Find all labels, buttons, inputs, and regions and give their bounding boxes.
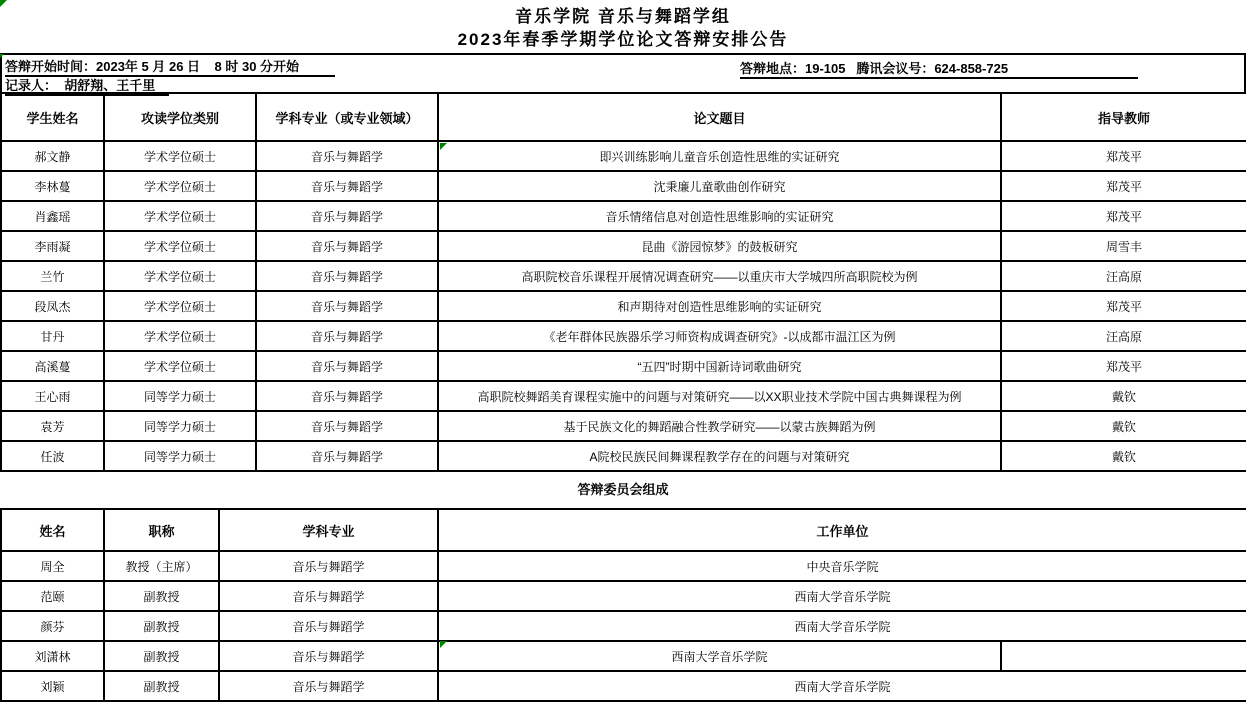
table-cell-title[interactable]: 副教授 <box>104 611 219 641</box>
cell-error-indicator-icon <box>440 641 447 648</box>
table-cell-title[interactable]: 副教授 <box>104 641 219 671</box>
table-cell-name[interactable]: 任波 <box>1 441 104 471</box>
table-cell-title[interactable]: 副教授 <box>104 581 219 611</box>
committee-table-header-row: 姓名 职称 学科专业 工作单位 <box>1 509 1246 551</box>
table-row: 范颐副教授音乐与舞蹈学西南大学音乐学院 <box>1 581 1246 611</box>
col-header-member-major[interactable]: 学科专业 <box>219 509 438 551</box>
table-cell-thesis-title[interactable]: 基于民族文化的舞蹈融合性教学研究——以蒙古族舞蹈为例 <box>438 411 1001 441</box>
table-cell-name[interactable]: 兰竹 <box>1 261 104 291</box>
col-header-work-unit[interactable]: 工作单位 <box>438 509 1246 551</box>
col-header-member-name[interactable]: 姓名 <box>1 509 104 551</box>
table-cell-degree-type[interactable]: 学术学位硕士 <box>104 261 256 291</box>
table-cell-work-unit[interactable]: 中央音乐学院 <box>438 551 1246 581</box>
table-row: 刘颖副教授音乐与舞蹈学西南大学音乐学院 <box>1 671 1246 701</box>
table-cell-degree-type[interactable]: 同等学力硕士 <box>104 441 256 471</box>
table-cell-thesis-title[interactable]: 沈秉廉儿童歌曲创作研究 <box>438 171 1001 201</box>
table-cell-advisor[interactable]: 郑茂平 <box>1001 141 1246 171</box>
table-cell-thesis-title[interactable]: 音乐情绪信息对创造性思维影响的实证研究 <box>438 201 1001 231</box>
table-row: 袁芳同等学力硕士音乐与舞蹈学基于民族文化的舞蹈融合性教学研究——以蒙古族舞蹈为例… <box>1 411 1246 441</box>
table-cell-work-unit[interactable]: 西南大学音乐学院 <box>438 581 1246 611</box>
defense-info-bar: 答辩开始时间：2023年 5 月 26 日 8 时 30 分开始 记录人： 胡舒… <box>0 53 1246 92</box>
table-cell-work-unit[interactable]: 西南大学音乐学院 <box>438 671 1246 701</box>
table-cell-thesis-title[interactable]: 和声期待对创造性思维影响的实证研究 <box>438 291 1001 321</box>
table-row: 任波同等学力硕士音乐与舞蹈学A院校民族民间舞课程教学存在的问题与对策研究戴钦 <box>1 441 1246 471</box>
table-cell-major[interactable]: 音乐与舞蹈学 <box>219 551 438 581</box>
table-row: 高溪蔓学术学位硕士音乐与舞蹈学“五四”时期中国新诗词歌曲研究郑茂平 <box>1 351 1246 381</box>
defense-location[interactable]: 答辩地点：19-105 腾讯会议号：624-858-725 <box>740 58 1138 79</box>
table-row: 李林蔓学术学位硕士音乐与舞蹈学沈秉廉儿童歌曲创作研究郑茂平 <box>1 171 1246 201</box>
table-cell-major[interactable]: 音乐与舞蹈学 <box>256 171 438 201</box>
table-row: 颜芬副教授音乐与舞蹈学西南大学音乐学院 <box>1 611 1246 641</box>
doc-title-line2: 2023年春季学期学位论文答辩安排公告 <box>0 28 1246 51</box>
defense-start-time[interactable]: 答辩开始时间：2023年 5 月 26 日 8 时 30 分开始 <box>5 56 335 77</box>
table-cell-name[interactable]: 高溪蔓 <box>1 351 104 381</box>
table-row: 郝文静学术学位硕士音乐与舞蹈学即兴训练影响儿童音乐创造性思维的实证研究郑茂平 <box>1 141 1246 171</box>
col-header-advisor[interactable]: 指导教师 <box>1001 93 1246 141</box>
table-cell-title[interactable]: 副教授 <box>104 671 219 701</box>
table-cell-major[interactable]: 音乐与舞蹈学 <box>219 581 438 611</box>
col-header-member-title[interactable]: 职称 <box>104 509 219 551</box>
table-cell-degree-type[interactable]: 学术学位硕士 <box>104 291 256 321</box>
table-row: 李雨凝学术学位硕士音乐与舞蹈学昆曲《游园惊梦》的鼓板研究周雪丰 <box>1 231 1246 261</box>
table-cell-name[interactable]: 甘丹 <box>1 321 104 351</box>
table-cell-advisor[interactable]: 郑茂平 <box>1001 351 1246 381</box>
table-cell-thesis-title[interactable]: 即兴训练影响儿童音乐创造性思维的实证研究 <box>438 141 1001 171</box>
doc-title-line1: 音乐学院 音乐与舞蹈学组 <box>0 5 1246 28</box>
table-row: 甘丹学术学位硕士音乐与舞蹈学《老年群体民族器乐学习师资构成调查研究》-以成都市温… <box>1 321 1246 351</box>
cell-error-indicator-icon <box>440 143 447 150</box>
table-cell-advisor[interactable]: 戴钦 <box>1001 381 1246 411</box>
table-cell-advisor[interactable]: 郑茂平 <box>1001 171 1246 201</box>
table-cell-major[interactable]: 音乐与舞蹈学 <box>256 201 438 231</box>
recorder-names[interactable]: 记录人： 胡舒翔、王千里 <box>5 75 169 96</box>
table-row: 肖鑫瑶学术学位硕士音乐与舞蹈学音乐情绪信息对创造性思维影响的实证研究郑茂平 <box>1 201 1246 231</box>
col-header-thesis-title[interactable]: 论文题目 <box>438 93 1001 141</box>
table-cell-thesis-title[interactable]: “五四”时期中国新诗词歌曲研究 <box>438 351 1001 381</box>
table-cell-major[interactable]: 音乐与舞蹈学 <box>256 231 438 261</box>
defense-table-header-row: 学生姓名 攻读学位类别 学科专业（或专业领域） 论文题目 指导教师 <box>1 93 1246 141</box>
table-cell-major[interactable]: 音乐与舞蹈学 <box>256 291 438 321</box>
table-cell-advisor[interactable]: 汪高原 <box>1001 321 1246 351</box>
cell-error-indicator-icon <box>0 54 4 58</box>
table-cell-major[interactable]: 音乐与舞蹈学 <box>219 641 438 671</box>
table-cell-name[interactable]: 李林蔓 <box>1 171 104 201</box>
table-cell-name[interactable]: 范颐 <box>1 581 104 611</box>
table-cell-degree-type[interactable]: 同等学力硕士 <box>104 381 256 411</box>
table-row: 王心雨同等学力硕士音乐与舞蹈学高职院校舞蹈美育课程实施中的问题与对策研究——以X… <box>1 381 1246 411</box>
table-cell-advisor[interactable]: 周雪丰 <box>1001 231 1246 261</box>
table-cell-thesis-title[interactable]: 高职院校音乐课程开展情况调查研究——以重庆市大学城四所高职院校为例 <box>438 261 1001 291</box>
table-cell-advisor[interactable]: 郑茂平 <box>1001 201 1246 231</box>
table-cell-major[interactable]: 音乐与舞蹈学 <box>256 141 438 171</box>
table-cell-major[interactable]: 音乐与舞蹈学 <box>219 611 438 641</box>
table-cell-thesis-title[interactable]: 《老年群体民族器乐学习师资构成调查研究》-以成都市温江区为例 <box>438 321 1001 351</box>
table-cell-name[interactable]: 刘颖 <box>1 671 104 701</box>
table-cell-name[interactable]: 袁芳 <box>1 411 104 441</box>
table-cell-thesis-title[interactable]: A院校民族民间舞课程教学存在的问题与对策研究 <box>438 441 1001 471</box>
table-cell-work-unit[interactable]: 西南大学音乐学院 <box>438 641 1001 671</box>
table-cell-advisor[interactable]: 戴钦 <box>1001 441 1246 471</box>
table-cell-name[interactable]: 郝文静 <box>1 141 104 171</box>
col-header-major[interactable]: 学科专业（或专业领域） <box>256 93 438 141</box>
table-cell-name[interactable]: 颜芬 <box>1 611 104 641</box>
col-header-degree-type[interactable]: 攻读学位类别 <box>104 93 256 141</box>
table-cell-degree-type[interactable]: 学术学位硕士 <box>104 171 256 201</box>
table-cell-name[interactable]: 刘潇林 <box>1 641 104 671</box>
table-cell-name[interactable]: 王心雨 <box>1 381 104 411</box>
spreadsheet-page: 音乐学院 音乐与舞蹈学组 2023年春季学期学位论文答辩安排公告 答辩开始时间：… <box>0 0 1246 704</box>
table-cell-degree-type[interactable]: 学术学位硕士 <box>104 351 256 381</box>
table-cell-advisor[interactable]: 郑茂平 <box>1001 291 1246 321</box>
committee-section-title: 答辩委员会组成 <box>0 472 1246 508</box>
table-cell-major[interactable]: 音乐与舞蹈学 <box>256 351 438 381</box>
table-cell-major[interactable]: 音乐与舞蹈学 <box>256 411 438 441</box>
table-cell-name[interactable]: 段凤杰 <box>1 291 104 321</box>
table-cell-major[interactable]: 音乐与舞蹈学 <box>256 321 438 351</box>
table-cell-degree-type[interactable]: 学术学位硕士 <box>104 141 256 171</box>
table-cell-empty[interactable] <box>1001 641 1246 671</box>
table-cell-name[interactable]: 周全 <box>1 551 104 581</box>
table-cell-advisor[interactable]: 戴钦 <box>1001 411 1246 441</box>
table-cell-advisor[interactable]: 汪高原 <box>1001 261 1246 291</box>
table-cell-degree-type[interactable]: 学术学位硕士 <box>104 321 256 351</box>
table-cell-title[interactable]: 教授（主席） <box>104 551 219 581</box>
cell-error-indicator-icon <box>0 0 7 7</box>
table-row: 段凤杰学术学位硕士音乐与舞蹈学和声期待对创造性思维影响的实证研究郑茂平 <box>1 291 1246 321</box>
table-cell-major[interactable]: 音乐与舞蹈学 <box>256 441 438 471</box>
table-cell-degree-type[interactable]: 学术学位硕士 <box>104 231 256 261</box>
table-cell-major[interactable]: 音乐与舞蹈学 <box>256 261 438 291</box>
table-row: 兰竹学术学位硕士音乐与舞蹈学高职院校音乐课程开展情况调查研究——以重庆市大学城四… <box>1 261 1246 291</box>
table-cell-degree-type[interactable]: 学术学位硕士 <box>104 201 256 231</box>
table-cell-thesis-title[interactable]: 高职院校舞蹈美育课程实施中的问题与对策研究——以XX职业技术学院中国古典舞课程为… <box>438 381 1001 411</box>
table-row: 周全教授（主席）音乐与舞蹈学中央音乐学院 <box>1 551 1246 581</box>
table-cell-work-unit[interactable]: 西南大学音乐学院 <box>438 611 1246 641</box>
table-cell-major[interactable]: 音乐与舞蹈学 <box>256 381 438 411</box>
table-row: 刘潇林副教授音乐与舞蹈学西南大学音乐学院 <box>1 641 1246 671</box>
document-header: 音乐学院 音乐与舞蹈学组 2023年春季学期学位论文答辩安排公告 <box>0 0 1246 53</box>
table-cell-major[interactable]: 音乐与舞蹈学 <box>219 671 438 701</box>
table-cell-name[interactable]: 李雨凝 <box>1 231 104 261</box>
committee-table: 姓名 职称 学科专业 工作单位 周全教授（主席）音乐与舞蹈学中央音乐学院范颐副教… <box>0 508 1246 702</box>
table-cell-name[interactable]: 肖鑫瑶 <box>1 201 104 231</box>
table-cell-thesis-title[interactable]: 昆曲《游园惊梦》的鼓板研究 <box>438 231 1001 261</box>
col-header-student-name[interactable]: 学生姓名 <box>1 93 104 141</box>
table-cell-degree-type[interactable]: 同等学力硕士 <box>104 411 256 441</box>
defense-schedule-table: 学生姓名 攻读学位类别 学科专业（或专业领域） 论文题目 指导教师 郝文静学术学… <box>0 92 1246 472</box>
